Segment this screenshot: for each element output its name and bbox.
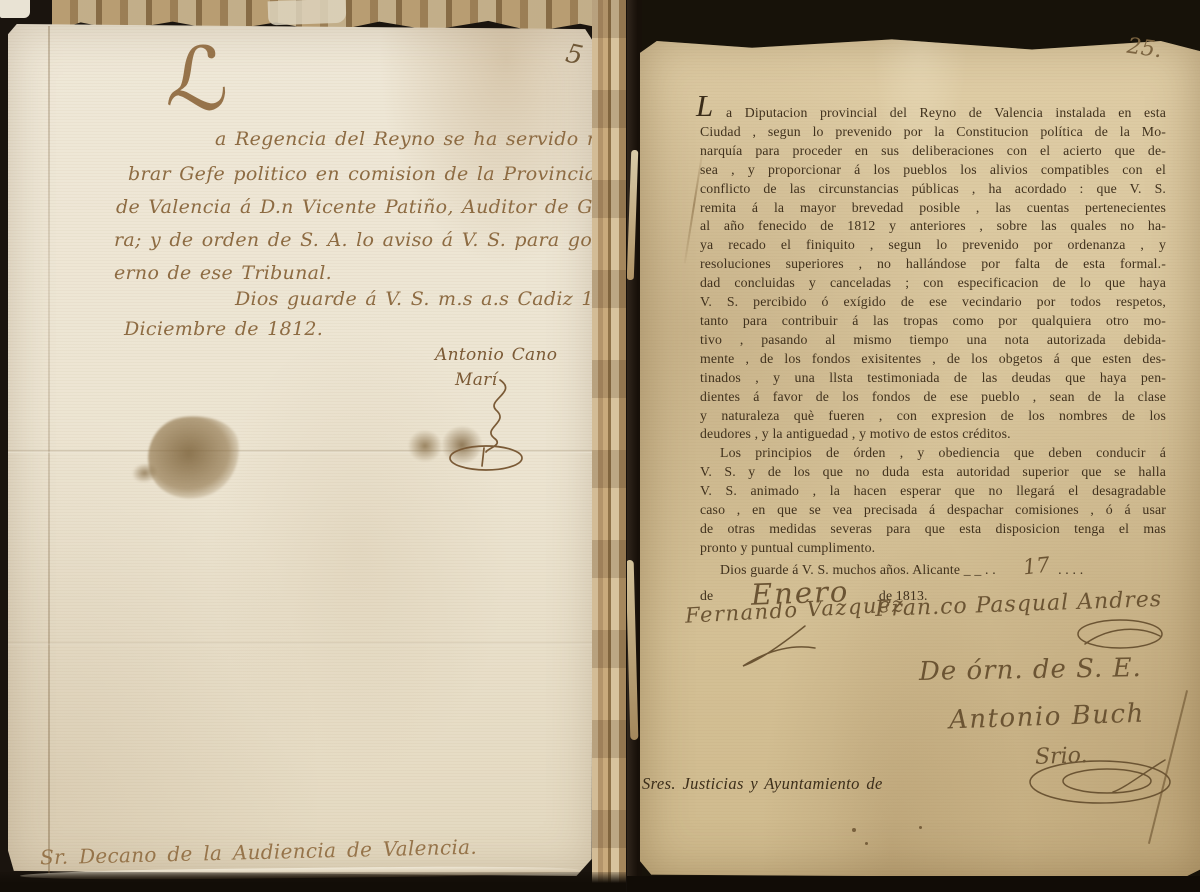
printed-line: mente , de los fondos exisitentes , de l… [700,350,1166,369]
signature-name: Antonio Cano [435,345,557,365]
printed-line-text: a Diputacion provincial del Reyno de Val… [726,105,1166,120]
printed-line: narquía para proceder en sus deliberacio… [700,142,1166,161]
fold-crease [8,642,594,645]
printed-addressee-line: Sres. Justicias y Ayuntamiento de [642,774,883,794]
torn-page-edges [592,0,626,892]
photo-bottom-shadow [627,876,1200,892]
printed-line: al año fenecido de 1812 y anteriores , s… [700,217,1166,236]
manuscript-line: Dios guarde á V. S. m.s a.s Cadiz 13 de [235,288,626,310]
photo-bottom-shadow [0,872,626,892]
printed-line: remita á la mayor brevedad posible , las… [700,199,1166,218]
date-printed-text: Dios guarde á V. S. muchos años. Alicant… [720,562,996,577]
order-of-his-excellency: De órn. de S. E. [919,653,1142,687]
secretary-rubric [1025,752,1180,810]
printed-line: deudores , y la antiguedad , y motivo de… [700,425,1166,444]
printed-line: dientes á favor de los fondos de ese pue… [700,388,1166,407]
printed-line: V. S. y de los que no duda esta autorida… [700,463,1166,482]
manuscript-photo: 5 ℒ a Regencia del Reyno se ha servido n… [0,0,626,892]
printed-line: V. S. animado , la hacen esperar que no … [700,482,1166,501]
printed-line: tinados , y una llsta testimoniada de la… [700,369,1166,388]
printed-line: de otras medidas severas para que esta d… [700,520,1166,539]
printed-line: y naturaleza què fueren , con expresion … [700,407,1166,426]
manuscript-line: erno de ese Tribunal. [114,262,332,284]
handwritten-day: 17 [1003,555,1052,579]
manuscript-line: Diciembre de 1812. [124,318,323,340]
ink-speck [919,826,922,829]
printed-line: conflicto de las circunstancias públicas… [700,180,1166,199]
manuscript-line: a Regencia del Reyno se ha servido nom- [215,128,626,150]
printed-line: ya recado el finiquito , segun lo preven… [700,236,1166,255]
ink-speck [865,842,868,845]
signature-rubric [735,622,825,670]
ink-speck [852,828,856,832]
date-dots: . . . . [1058,562,1083,577]
printed-line: pronto y puntual cumplimento. [700,539,1166,558]
initial-letter: ℒ [164,33,235,125]
printed-text-block: La Diputacion provincial del Reyno de Va… [700,104,1166,607]
printed-line: tanto para contribuir á las tropas como … [700,312,1166,331]
printed-line: V. S. percibido ó exígido de ese vecinda… [700,293,1166,312]
paper-tab [0,0,30,18]
document-scan: 5 ℒ a Regencia del Reyno se ha servido n… [0,0,1200,892]
folio-number: 25. [1125,34,1163,64]
signature-rubric [436,378,546,470]
printed-line: sea , y proporcionar á los pueblos los a… [700,161,1166,180]
printed-line: Ciudad , segun lo prevenido por la Const… [700,123,1166,142]
drop-cap-initial: L [696,97,713,116]
printed-line: Los principios de órden , y obediencia q… [700,444,1166,463]
date-de: de [700,588,713,603]
manuscript-line: ra; y de orden de S. A. lo aviso á V. S.… [114,229,616,251]
printed-line: La Diputacion provincial del Reyno de Va… [700,104,1166,123]
printed-circular-photo: 25. La Diputacion provincial del Reyno d… [627,0,1200,892]
manuscript-line: de Valencia á D.n Vicente Patiño, Audito… [116,196,626,218]
printed-line: tivo , pasando al mismo tiempo una nota … [700,331,1166,350]
printed-line: caso , en que se vea precisada á despach… [700,501,1166,520]
paper-scrap [268,0,347,25]
printed-line: resoluciones superiores , no hallándose … [700,255,1166,274]
printed-line: dad concluidas y canceladas ; con especi… [700,274,1166,293]
signature-rubric [1065,614,1165,654]
photo-left-edge [627,0,642,892]
manuscript-line: brar Gefe politico en comision de la Pro… [128,163,596,185]
